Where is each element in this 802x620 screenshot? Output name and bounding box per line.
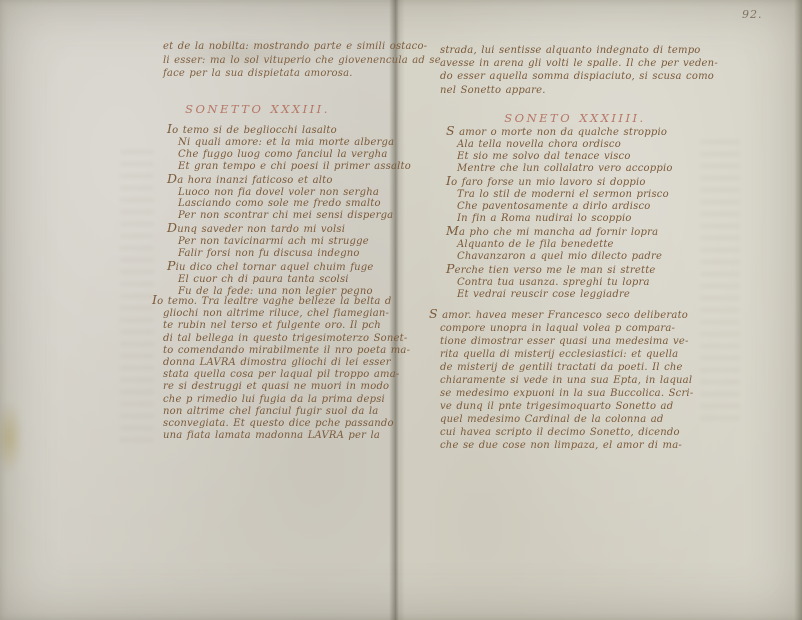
right-closing-paragraph: strada, lui sentisse alquanto indegnato …: [440, 44, 718, 97]
manuscript-line: una fiata lamata madonna LAVRA per la: [163, 430, 410, 442]
manuscript-line: Chavanzaron a quel mio dilecto padre: [457, 251, 673, 263]
manuscript-line: Perche tien verso me le man si strette: [457, 263, 673, 277]
manuscript-line: chiaramente si vede in una sua Epta, in …: [440, 374, 693, 387]
manuscript-line: Alquanto de le fila benedette: [457, 239, 673, 251]
right-sonnet-text: S amor o morte non da qualche stroppioAl…: [457, 126, 673, 301]
manuscript-line: Et gran tempo e chi poesi il primer assa…: [178, 161, 411, 173]
manuscript-line: cui havea scripto il decimo Sonetto, dic…: [440, 426, 693, 439]
manuscript-line: non altrime chel fanciul fugir suol da l…: [163, 406, 410, 418]
manuscript-line: che p rimedio lui fugia da la prima deps…: [163, 394, 410, 406]
manuscript-line: Luoco non fia dovel voler non sergha: [178, 187, 411, 199]
manuscript-line: face per la sua dispietata amorosa.: [163, 67, 441, 81]
manuscript-line: di tal bellega in questo trigesimoterzo …: [163, 333, 410, 345]
manuscript-line: gliochi non altrime riluce, chel fiamegi…: [163, 308, 410, 320]
manuscript-line: che se due cose non limpaza, el amor di …: [440, 439, 693, 452]
manuscript-line: tione dimostrar esser quasi una medesima…: [440, 335, 693, 348]
manuscript-line: avesse in arena gli volti le spalle. Il …: [440, 57, 718, 70]
manuscript-line: Et vedrai reuscir cose leggiadre: [457, 289, 673, 301]
manuscript-line: stata quella cosa per laqual pil troppo …: [163, 369, 410, 381]
manuscript-line: Ma pho che mi mancha ad fornir lopra: [457, 225, 673, 239]
manuscript-line: Da hora inanzi faticoso et alto: [178, 173, 411, 187]
manuscript-line: Io faro forse un mio lavoro si doppio: [457, 175, 673, 189]
manuscript-line: Contra tua usanza. spreghi tu lopra: [457, 277, 673, 289]
manuscript-line: Che fuggo luog como fanciul la vergha: [178, 149, 411, 161]
manuscript-line: to comendando mirabilmente il nro poeta …: [163, 345, 410, 357]
right-sonnet-heading: SONETO XXXIIII.: [450, 111, 700, 125]
left-sonnet-heading: SONETTO XXXIII.: [150, 102, 365, 116]
manuscript-line: Io temo. Tra lealtre vaghe belleze la be…: [163, 295, 410, 308]
manuscript-line: se medesimo expuoni in la sua Buccolica.…: [440, 387, 693, 400]
manuscript-line: S amor. havea meser Francesco seco delib…: [440, 309, 693, 322]
manuscript-line: Per non scontrar chi mei sensi disperga: [178, 210, 411, 222]
manuscript-line: S amor o morte non da qualche stroppio: [457, 126, 673, 139]
manuscript-line: Tra lo stil de moderni el sermon prisco: [457, 189, 673, 201]
manuscript-line: Per non tavicinarmi ach mi strugge: [178, 236, 411, 248]
left-sonnet-text: Io temo si de begliocchi lasaltoNi quali…: [178, 123, 411, 298]
right-commentary: S amor. havea meser Francesco seco delib…: [440, 309, 693, 452]
manuscript-line: Che paventosamente a dirlo ardisco: [457, 201, 673, 213]
manuscript-line: Et sio me solvo dal tenace visco: [457, 151, 673, 163]
manuscript-line: do esser aquella somma dispiaciuto, si s…: [440, 70, 718, 83]
manuscript-line: rita quella di misterij ecclesiastici: e…: [440, 348, 693, 361]
manuscript-line: et de la nobilta: mostrando parte e simi…: [163, 40, 441, 54]
manuscript-line: quel medesimo Cardinal de la colonna ad: [440, 413, 693, 426]
manuscript-line: nel Sonetto appare.: [440, 84, 718, 97]
page-edge-shadow: [794, 0, 802, 620]
manuscript-line: Falir forsi non fu discusa indegno: [178, 248, 411, 260]
manuscript-line: compore unopra in laqual volea p compara…: [440, 322, 693, 335]
manuscript-line: Ni quali amore: et la mia morte alberga: [178, 137, 411, 149]
manuscript-line: sconvegiata. Et questo dice pche passand…: [163, 418, 410, 430]
manuscript-line: re si destruggi et quasi ne muori in mod…: [163, 381, 410, 393]
manuscript-line: de misterij de gentili tractati da poeti…: [440, 361, 693, 374]
manuscript-line: Ala tella novella chora ordisco: [457, 139, 673, 151]
manuscript-line: strada, lui sentisse alquanto indegnato …: [440, 44, 718, 57]
manuscript-line: ve dunq il pnte trigesimoquarto Sonetto …: [440, 400, 693, 413]
manuscript-line: Piu dico chel tornar aquel chuim fuge: [178, 260, 411, 274]
manuscript-line: El cuor ch di paura tanta scolsi: [178, 274, 411, 286]
manuscript-spread: 92. et de la nobilta: mostrando parte e …: [0, 0, 802, 620]
manuscript-line: Lasciando como sole me fredo smalto: [178, 198, 411, 210]
manuscript-line: Dunq saveder non tardo mi volsi: [178, 222, 411, 236]
left-commentary: Io temo. Tra lealtre vaghe belleze la be…: [163, 295, 410, 442]
manuscript-line: Mentre che lun collalatro vero accoppio: [457, 163, 673, 175]
manuscript-line: In fin a Roma nudirai lo scoppio: [457, 213, 673, 225]
left-closing-paragraph: et de la nobilta: mostrando parte e simi…: [163, 40, 441, 81]
manuscript-line: donna LAVRA dimostra gliochi di lei esse…: [163, 357, 410, 369]
manuscript-line: te rubin nel terso et fulgente oro. Il p…: [163, 320, 410, 332]
manuscript-line: li esser: ma lo sol vituperio che gioven…: [163, 54, 441, 68]
manuscript-line: Io temo si de begliocchi lasalto: [178, 123, 411, 137]
folio-number: 92.: [742, 8, 763, 21]
